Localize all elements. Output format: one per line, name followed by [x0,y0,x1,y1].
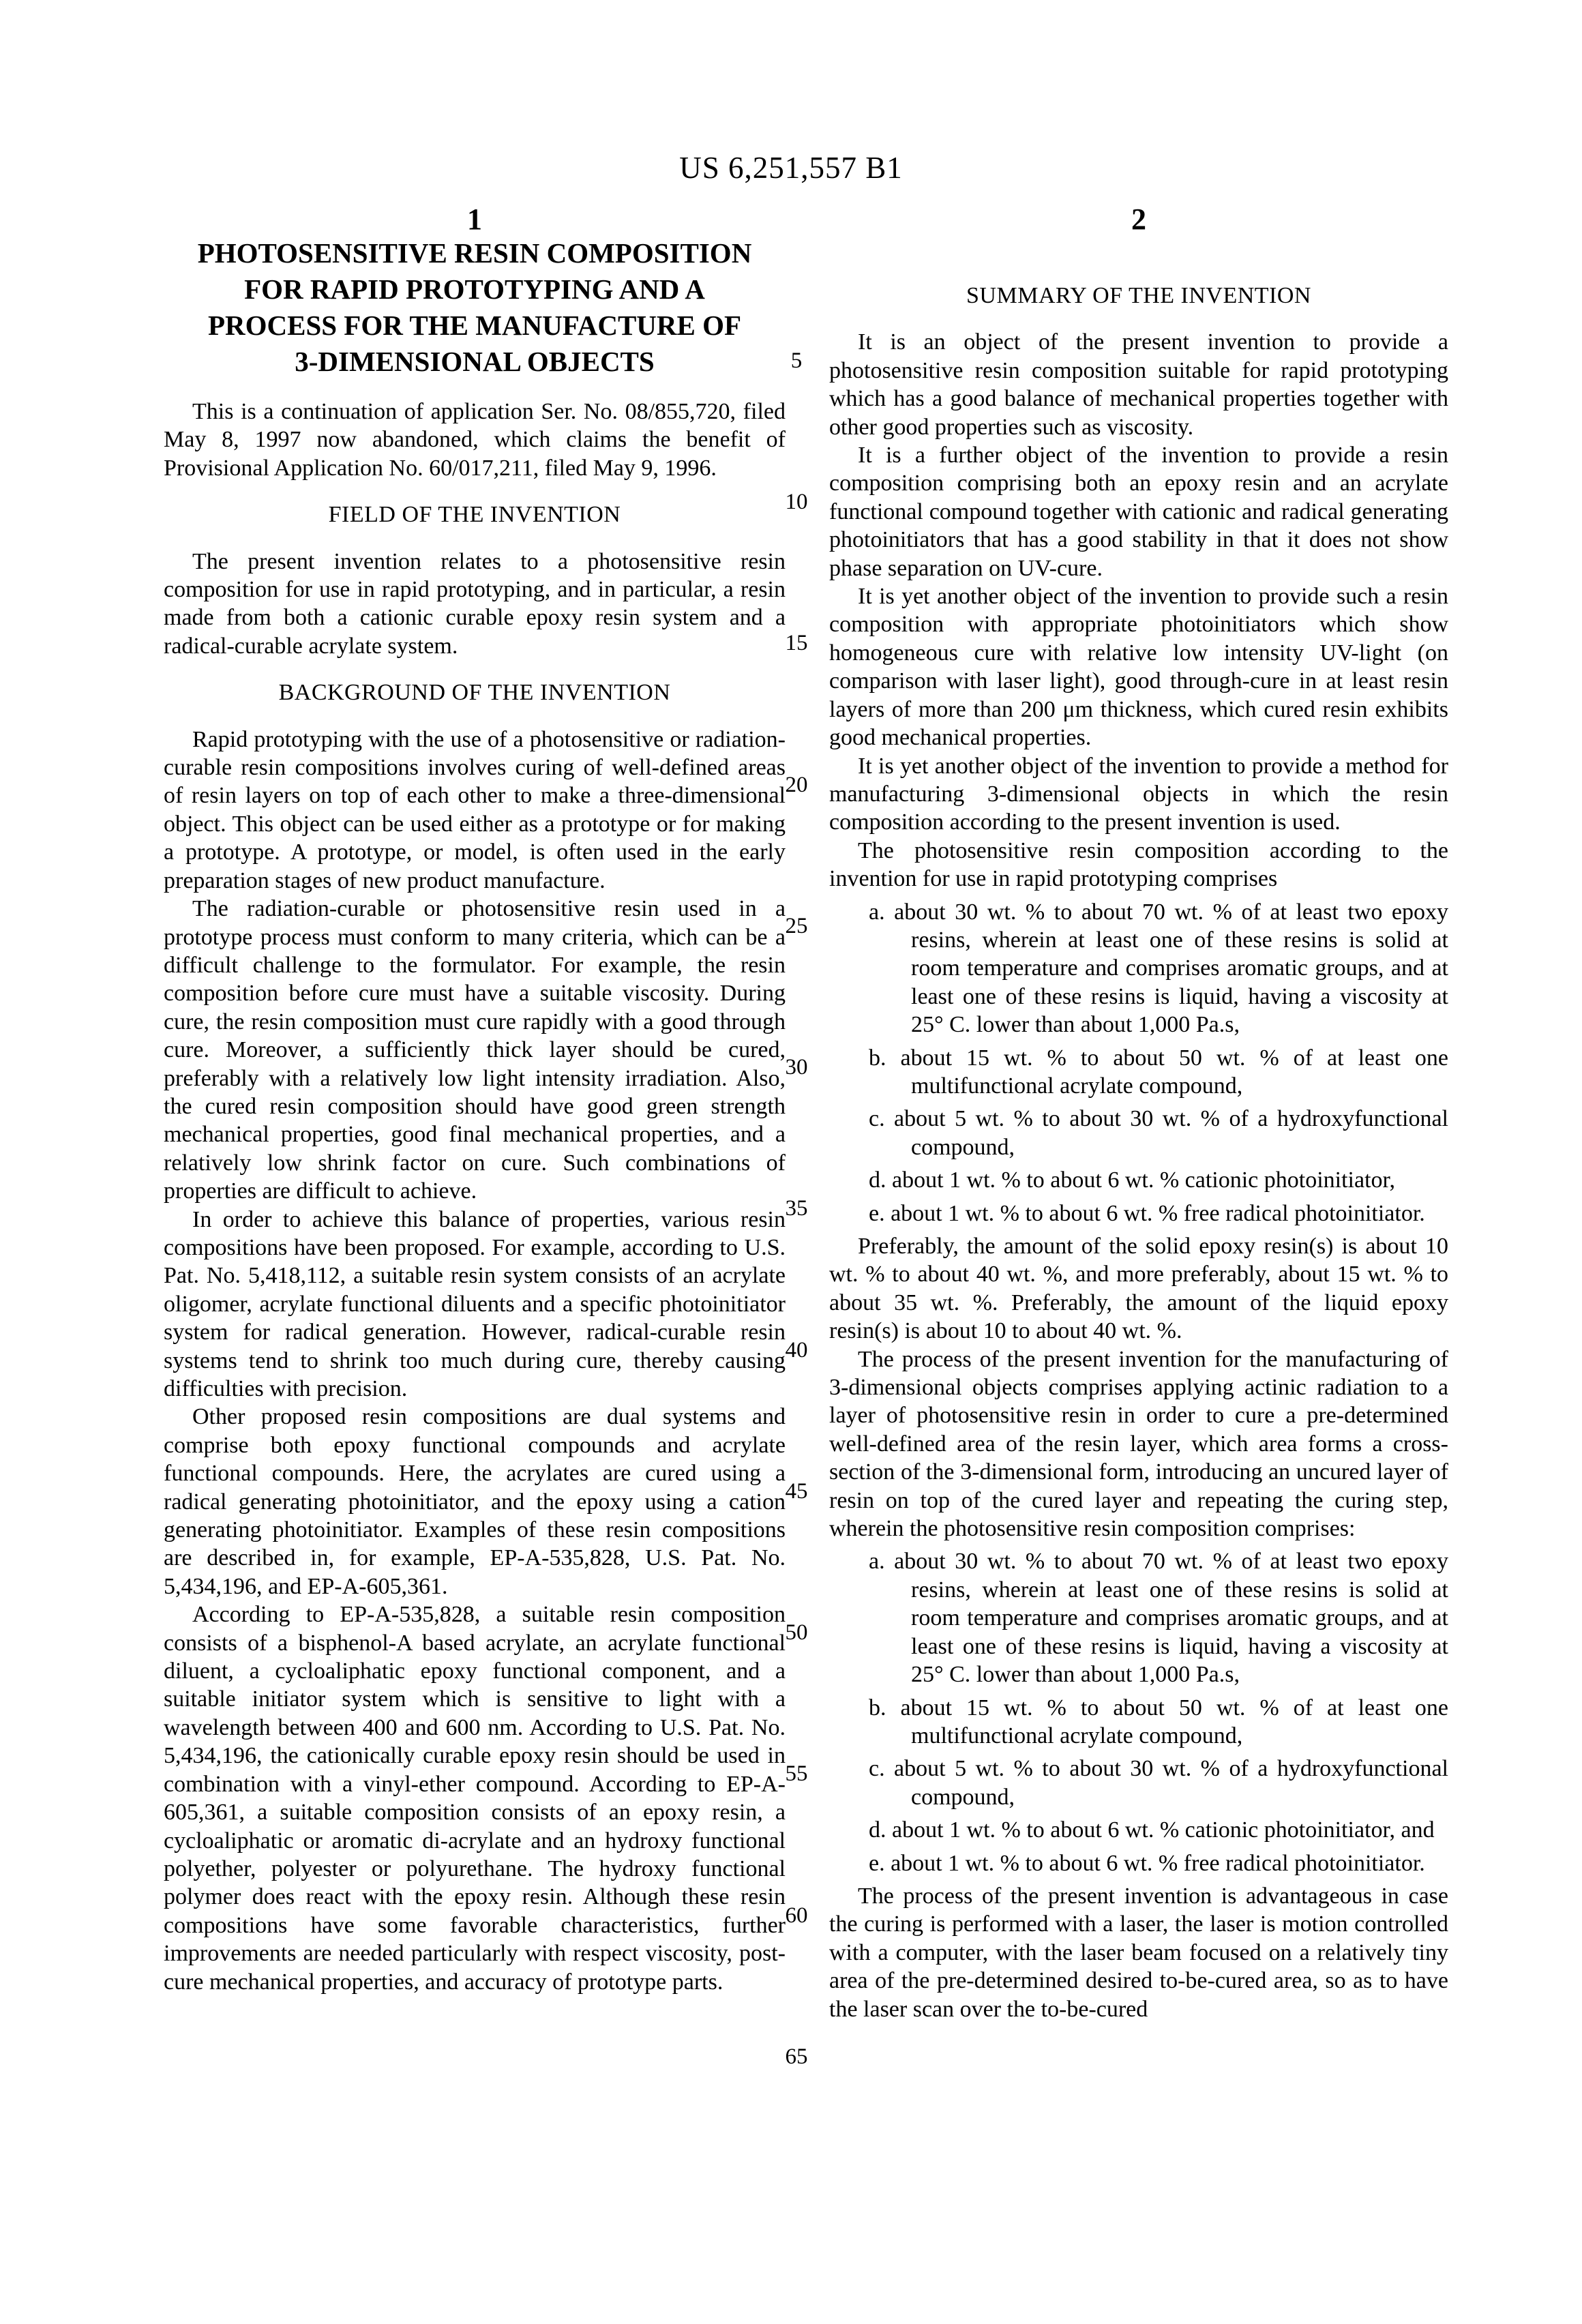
invention-title-line-3: PROCESS FOR THE MANUFACTURE OF [164,308,786,344]
paragraph-object-3: It is yet another object of the inventio… [829,582,1448,751]
heading-field-of-the-invention: FIELD OF THE INVENTION [164,501,786,528]
paragraph-process-intro: The process of the present invention for… [829,1345,1448,1543]
composition-item-c: c. about 5 wt. % to about 30 wt. % of a … [829,1105,1448,1161]
process-item-a: a. about 30 wt. % to about 70 wt. % of a… [829,1547,1448,1688]
invention-title-line-4: 3-DIMENSIONAL OBJECTS [164,344,786,380]
paragraph-field-body: The present invention relates to a photo… [164,548,786,661]
heading-background-of-the-invention: BACKGROUND OF THE INVENTION [164,679,786,706]
column-number-right: 2 [829,202,1448,237]
heading-summary-of-the-invention: SUMMARY OF THE INVENTION [829,282,1448,310]
process-item-b: b. about 15 wt. % to about 50 wt. % of a… [829,1694,1448,1751]
process-item-e: e. about 1 wt. % to about 6 wt. % free r… [829,1849,1448,1877]
paragraph-object-1: It is an object of the present invention… [829,328,1448,441]
paragraph-background-3: In order to achieve this balance of prop… [164,1206,786,1403]
paragraph-background-5: According to EP-A-535,828, a suitable re… [164,1600,786,1996]
paragraph-background-2: The radiation-curable or photosensitive … [164,895,786,1205]
column-1: PHOTOSENSITIVE RESIN COMPOSITION FOR RAP… [164,235,786,1996]
paragraph-composition-intro: The photosensitive resin composition acc… [829,837,1448,893]
paragraph-continuation: This is a continuation of application Se… [164,398,786,482]
column-number-left: 1 [164,202,786,237]
column-2: SUMMARY OF THE INVENTION It is an object… [829,282,1448,2023]
invention-title-line-1: PHOTOSENSITIVE RESIN COMPOSITION [164,235,786,271]
invention-title: PHOTOSENSITIVE RESIN COMPOSITION FOR RAP… [164,235,786,380]
paragraph-background-1: Rapid prototyping with the use of a phot… [164,726,786,895]
process-item-c: c. about 5 wt. % to about 30 wt. % of a … [829,1755,1448,1811]
composition-item-b: b. about 15 wt. % to about 50 wt. % of a… [829,1044,1448,1101]
paragraph-laser-process: The process of the present invention is … [829,1882,1448,2023]
composition-item-e: e. about 1 wt. % to about 6 wt. % free r… [829,1200,1448,1227]
paragraph-object-4: It is yet another object of the inventio… [829,752,1448,837]
paragraph-preferred-amounts: Preferably, the amount of the solid epox… [829,1232,1448,1345]
composition-item-a: a. about 30 wt. % to about 70 wt. % of a… [829,898,1448,1039]
gutter-line-number-65: 65 [768,2043,825,2071]
composition-item-d: d. about 1 wt. % to about 6 wt. % cation… [829,1166,1448,1194]
patent-document-page: US 6,251,557 B1 1 2 5 10 15 20 25 30 35 … [0,0,1582,2324]
invention-title-line-2: FOR RAPID PROTOTYPING AND A [164,271,786,308]
patent-number-header: US 6,251,557 B1 [0,150,1582,185]
paragraph-background-4: Other proposed resin compositions are du… [164,1403,786,1600]
paragraph-object-2: It is a further object of the invention … [829,441,1448,582]
process-item-d: d. about 1 wt. % to about 6 wt. % cation… [829,1816,1448,1844]
